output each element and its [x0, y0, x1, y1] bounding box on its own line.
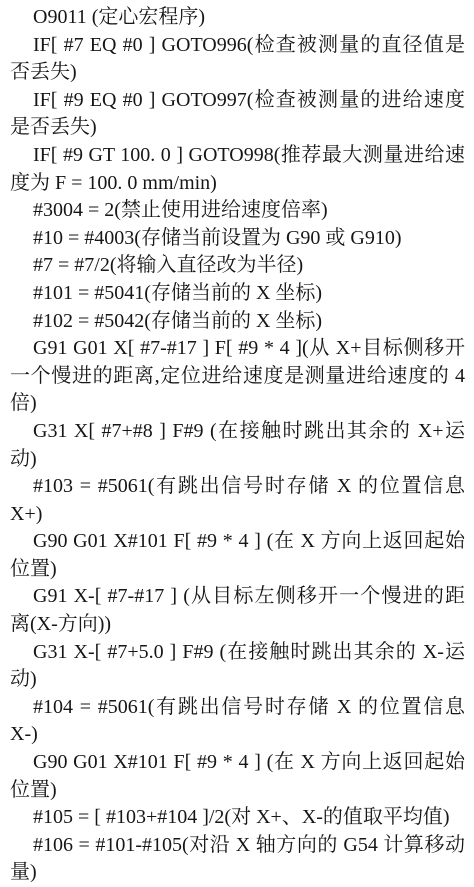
- program-line: G31 X[ #7+#8 ] F#9 (在接触时跳出其余的 X+运动): [10, 418, 465, 473]
- program-line: #106 = #101-#105(对沿 X 轴方向的 G54 计算移动量): [10, 832, 465, 887]
- program-line: #10 = #4003(存储当前设置为 G90 或 G910): [10, 225, 465, 253]
- program-line: #104 = #5061(有跳出信号时存储 X 的位置信息 X-): [10, 694, 465, 749]
- program-line: IF[ #7 EQ #0 ] GOTO996(检查被测量的直径值是否丢失): [10, 32, 465, 87]
- program-line: O9011 (定心宏程序): [10, 4, 465, 32]
- program-line: #103 = #5061(有跳出信号时存储 X 的位置信息 X+): [10, 473, 465, 528]
- program-line: G31 X-[ #7+5.0 ] F#9 (在接触时跳出其余的 X-运动): [10, 639, 465, 694]
- program-line: IF[ #9 EQ #0 ] GOTO997(检查被测量的进给速度是否丢失): [10, 87, 465, 142]
- program-line: G91 X-[ #7-#17 ] (从目标左侧移开一个慢进的距离(X-方向)): [10, 583, 465, 638]
- program-line: G90 G01 X#101 F[ #9 * 4 ] (在 X 方向上返回起始位置…: [10, 749, 465, 804]
- program-line: #105 = [ #103+#104 ]/2(对 X+、X-的值取平均值): [10, 804, 465, 832]
- program-line: IF[ #9 GT 100. 0 ] GOTO998(推荐最大测量进给速度为 F…: [10, 142, 465, 197]
- program-line: #102 = #5042(存储当前的 X 坐标): [10, 308, 465, 336]
- program-line: G90 G01 X#101 F[ #9 * 4 ] (在 X 方向上返回起始位置…: [10, 528, 465, 583]
- program-line: G91 G01 X[ #7-#17 ] F[ #9 * 4 ](从 X+目标侧移…: [10, 335, 465, 418]
- program-line: #7 = #7/2(将输入直径改为半径): [10, 252, 465, 280]
- document-page: O9011 (定心宏程序) IF[ #7 EQ #0 ] GOTO996(检查被…: [0, 0, 474, 887]
- program-line: #3004 = 2(禁止使用进给速度倍率): [10, 197, 465, 225]
- program-line: #101 = #5041(存储当前的 X 坐标): [10, 280, 465, 308]
